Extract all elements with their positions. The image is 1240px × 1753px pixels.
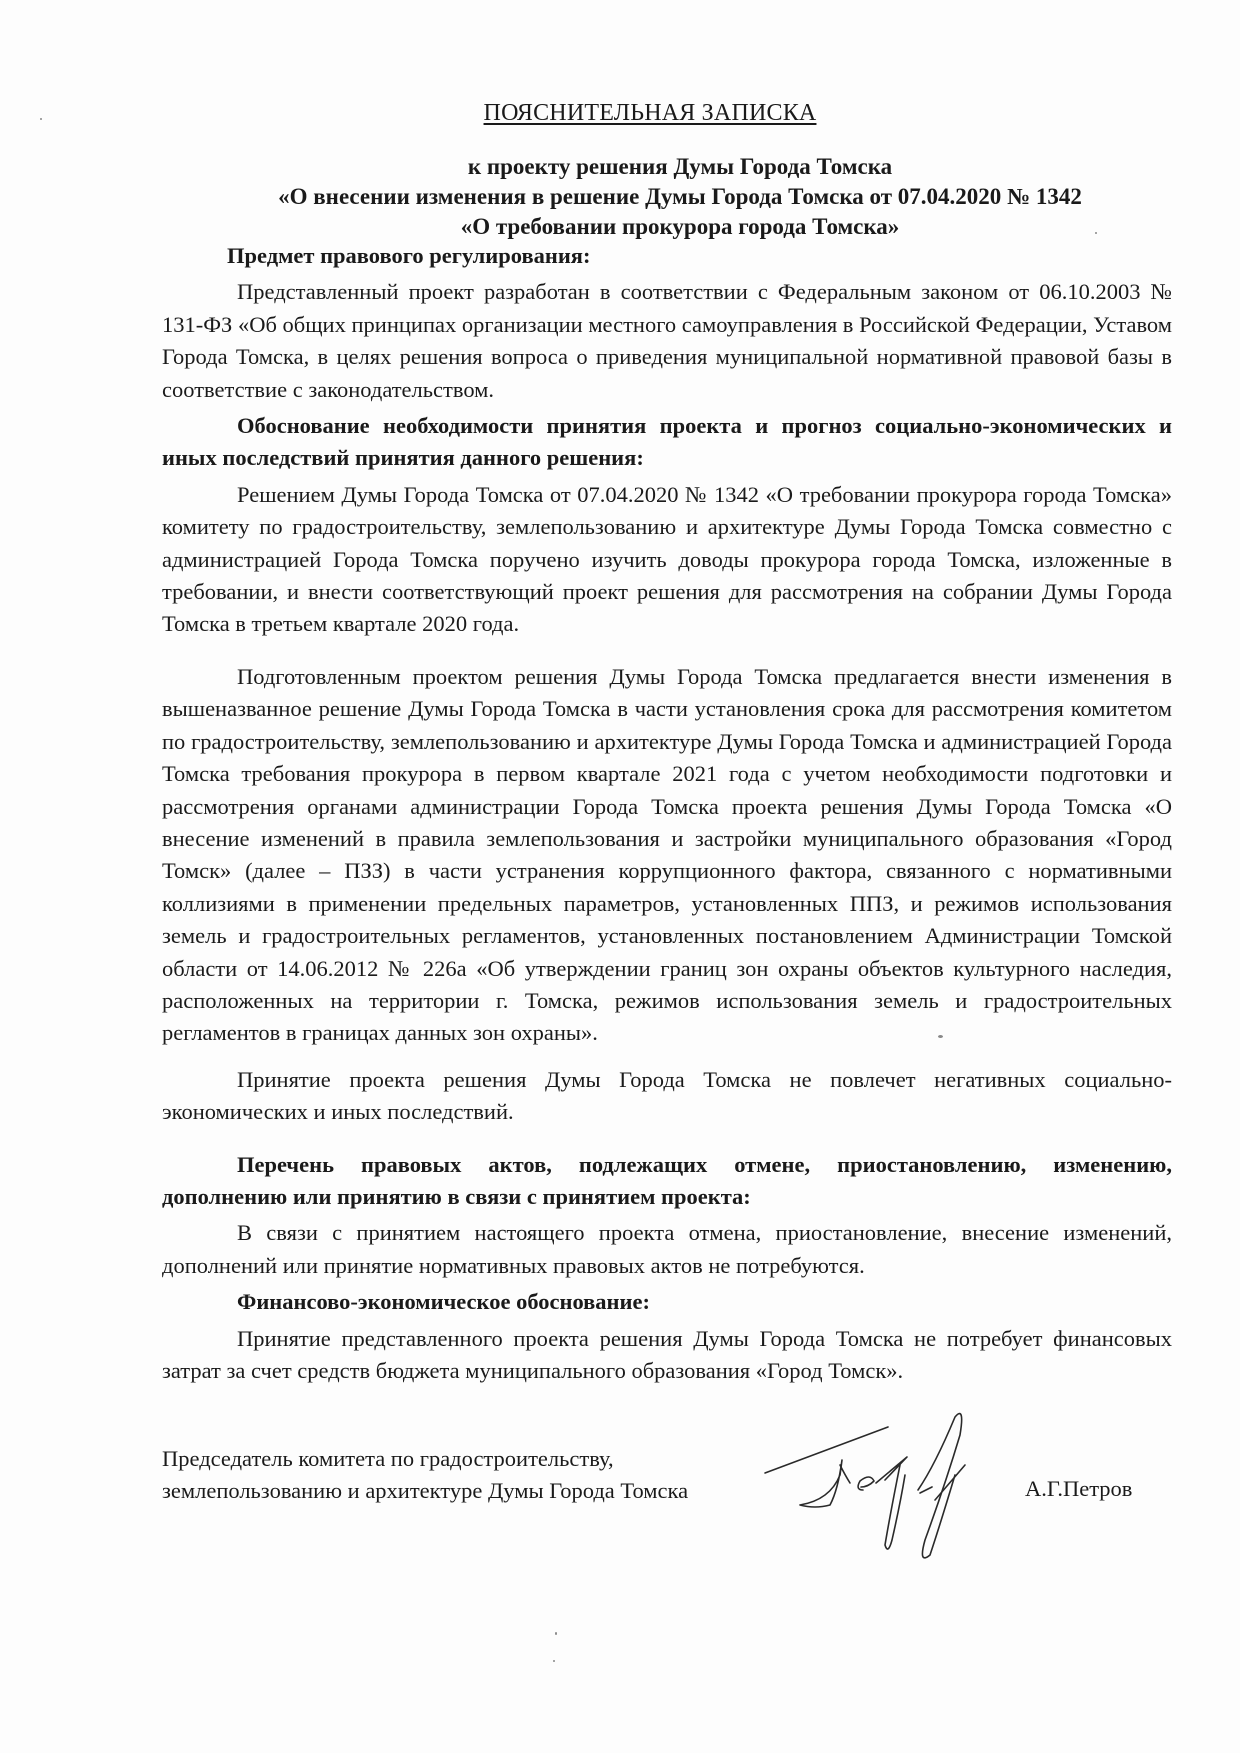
scan-speck: [938, 1035, 943, 1038]
section-heading-financial: Финансово-экономическое обоснование:: [162, 1286, 1172, 1318]
signatory-position-line: Председатель комитета по градостроительс…: [162, 1443, 688, 1475]
subtitle-line: «О внесении изменения в решение Думы Гор…: [180, 182, 1180, 212]
paragraph: Решением Думы Города Томска от 07.04.202…: [162, 479, 1172, 641]
signatory-position: Председатель комитета по градостроительс…: [162, 1443, 688, 1507]
section-heading-legal-acts: Перечень правовых актов, подлежащих отме…: [162, 1149, 1172, 1214]
document-title: ПОЯСНИТЕЛЬНАЯ ЗАПИСКА: [60, 100, 1240, 127]
document-body: Предмет правового регулирования: Предста…: [162, 240, 1172, 1387]
subtitle-line: к проекту решения Думы Города Томска: [180, 152, 1180, 182]
scan-speck: [1095, 232, 1097, 234]
document-subtitle: к проекту решения Думы Города Томска «О …: [180, 152, 1180, 242]
paragraph: Принятие проекта решения Думы Города Том…: [162, 1064, 1172, 1129]
scan-speck: [555, 1632, 557, 1635]
signatory-position-line: землепользованию и архитектуре Думы Горо…: [162, 1475, 688, 1507]
section-heading-justification: Обоснование необходимости принятия проек…: [162, 410, 1172, 475]
paragraph: Принятие представленного проекта решения…: [162, 1323, 1172, 1388]
paragraph: Представленный проект разработан в соотв…: [162, 276, 1172, 406]
subtitle-line: «О требовании прокурора города Томска»: [180, 212, 1180, 242]
signatory-name: А.Г.Петров: [1025, 1476, 1132, 1502]
paragraph: Подготовленным проектом решения Думы Гор…: [162, 661, 1172, 1050]
handwritten-signature-icon: [760, 1405, 990, 1585]
document-page: ПОЯСНИТЕЛЬНАЯ ЗАПИСКА к проекту решения …: [0, 0, 1240, 1753]
section-heading-subject: Предмет правового регулирования:: [162, 240, 1172, 272]
paragraph: В связи с принятием настоящего проекта о…: [162, 1217, 1172, 1282]
scan-speck: [40, 118, 42, 120]
scan-speck: [553, 1660, 555, 1662]
